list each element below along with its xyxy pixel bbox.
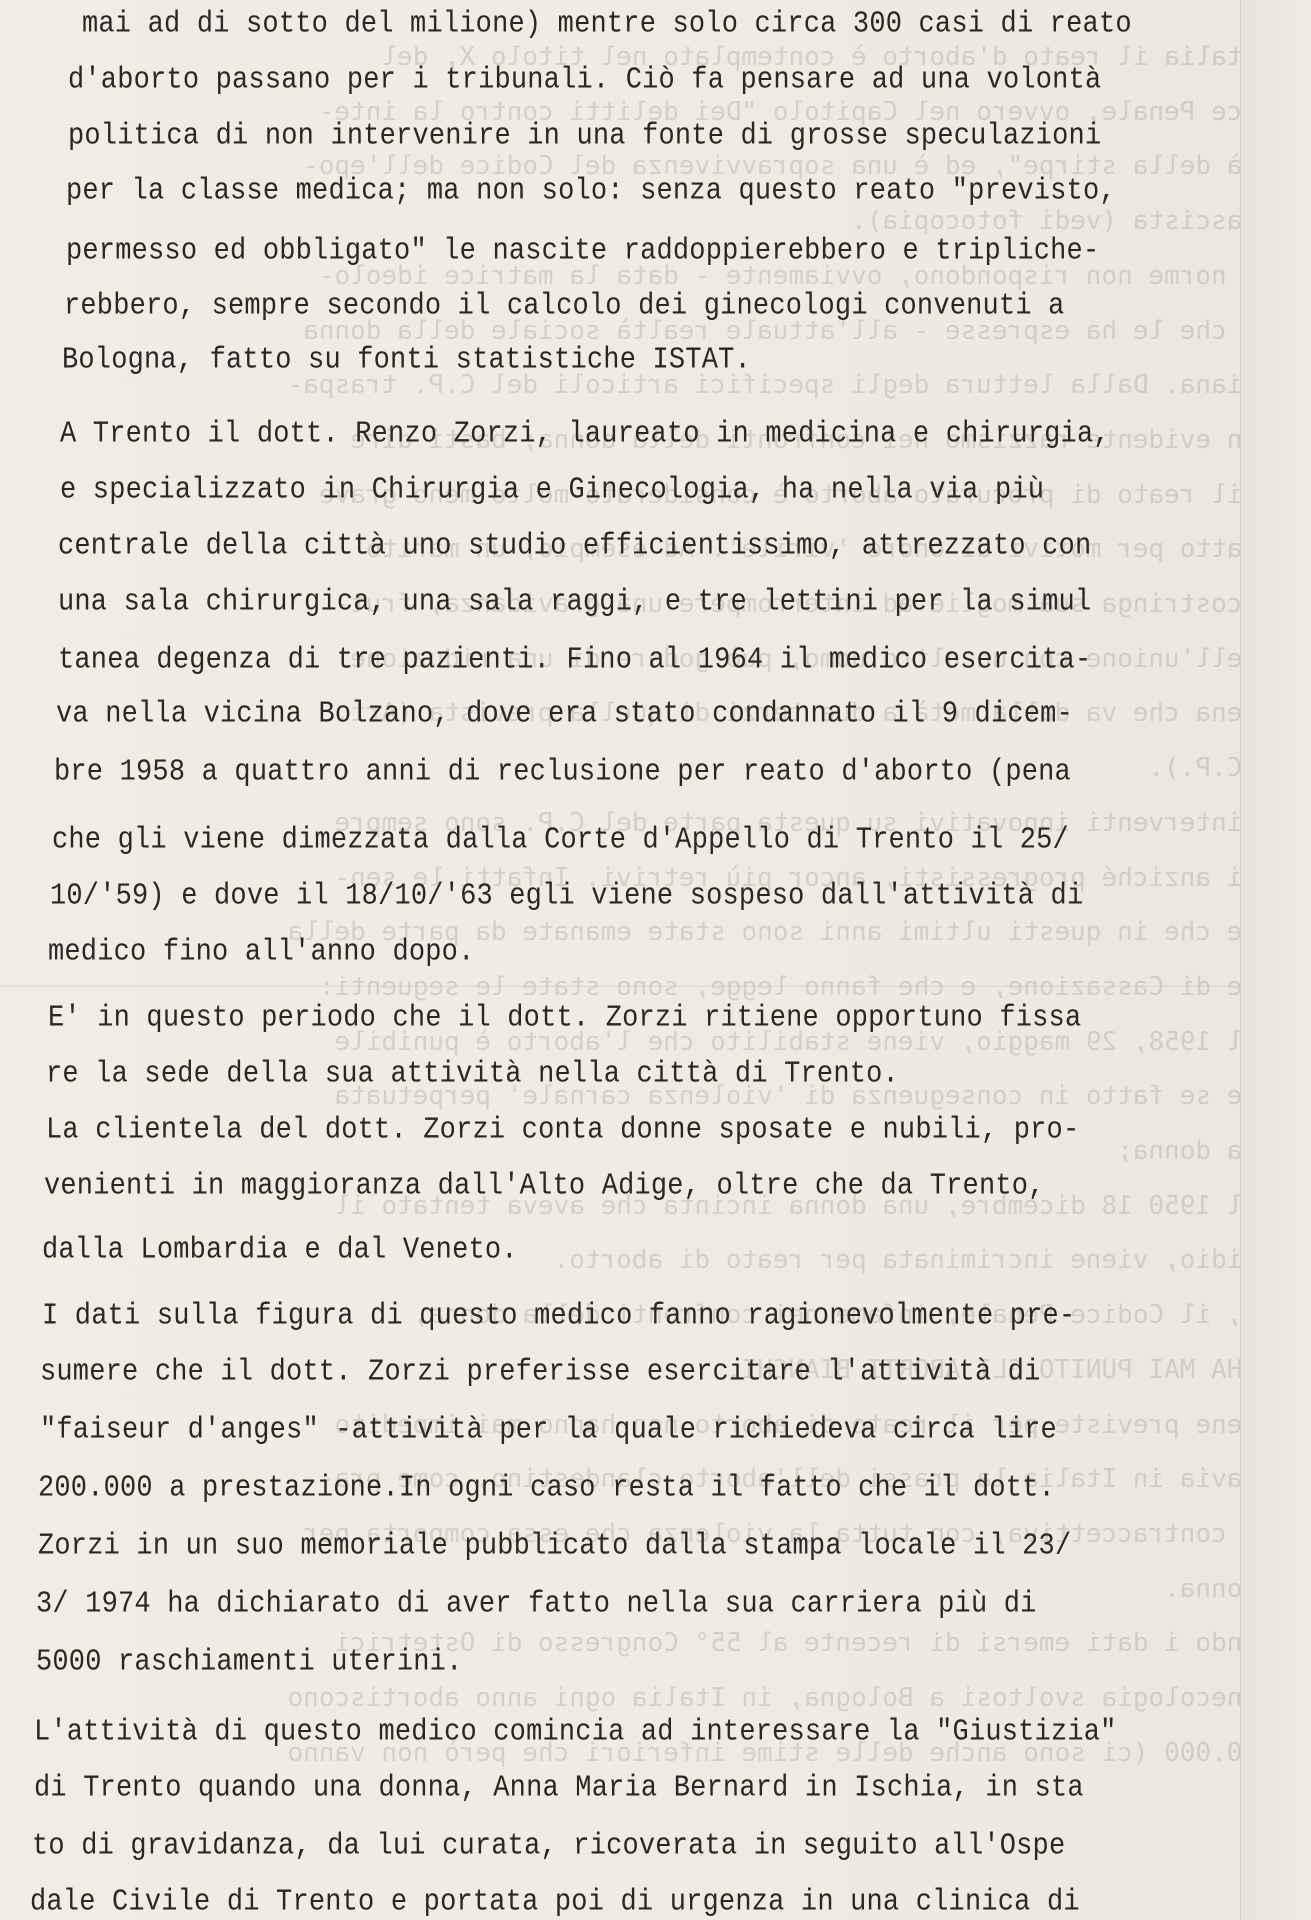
- text-line: venienti in maggioranza dall'Alto Adige,…: [44, 1170, 1045, 1204]
- text-line: dale Civile di Trento e portata poi di u…: [30, 1886, 1080, 1920]
- text-line: per la classe medica; ma non solo: senza…: [66, 175, 1116, 209]
- text-line: 3/ 1974 ha dichiarato di aver fatto nell…: [36, 1588, 1037, 1622]
- text-line: politica di non intervenire in una fonte…: [68, 120, 1101, 154]
- text-line: A Trento il dott. Renzo Zorzi, laureato …: [60, 418, 1110, 452]
- text-line: re la sede della sua attività nella citt…: [46, 1058, 899, 1092]
- text-line: di Trento quando una donna, Anna Maria B…: [34, 1772, 1084, 1806]
- text-line: medico fino all'anno dopo.: [48, 936, 474, 970]
- text-line: permesso ed obbligato" le nascite raddop…: [66, 235, 1099, 269]
- text-line: Zorzi in un suo memoriale pubblicato dal…: [38, 1530, 1071, 1564]
- text-line: d'aborto passano per i tribunali. Ciò fa…: [68, 64, 1101, 98]
- text-line: 10/'59) e dove il 18/10/'63 egli viene s…: [50, 880, 1083, 914]
- text-line: e specializzato in Chirurgia e Ginecolog…: [60, 474, 1044, 508]
- text-line: rebbero, sempre secondo il calcolo dei g…: [64, 290, 1065, 324]
- text-line: una sala chirurgica, una sala raggi, e t…: [58, 586, 1091, 620]
- text-line: centrale della città uno studio efficien…: [58, 530, 1091, 564]
- text-line: 5000 raschiamenti uterini.: [36, 1646, 462, 1680]
- text-line: mai ad di sotto del milione) mentre solo…: [82, 8, 1132, 42]
- text-line: "faiseur d'anges" -attività per la quale…: [40, 1414, 1057, 1448]
- text-line: dalla Lombardia e dal Veneto.: [42, 1234, 518, 1268]
- text-line: I dati sulla figura di questo medico fan…: [42, 1300, 1075, 1334]
- text-line: tanea degenza di tre pazienti. Fino al 1…: [58, 644, 1091, 678]
- text-line: L'attività di questo medico comincia ad …: [34, 1716, 1117, 1750]
- text-line: Bologna, fatto su fonti statistiche ISTA…: [62, 344, 751, 378]
- text-line: che gli viene dimezzata dalla Corte d'Ap…: [52, 824, 1069, 858]
- text-line: 200.000 a prestazione.In ogni caso resta…: [38, 1472, 1055, 1506]
- paper-fold-line: [0, 985, 1311, 988]
- document-page: In Italia il reato d'aborto è contemplat…: [0, 0, 1311, 1920]
- text-line: to di gravidanza, da lui curata, ricover…: [32, 1830, 1065, 1864]
- text-line: va nella vicina Bolzano, dove era stato …: [56, 698, 1073, 732]
- text-line: bre 1958 a quattro anni di reclusione pe…: [54, 756, 1071, 790]
- page-edge: [1240, 0, 1311, 1920]
- text-line: E' in questo periodo che il dott. Zorzi …: [48, 1002, 1081, 1036]
- text-line: sumere che il dott. Zorzi preferisse ese…: [40, 1356, 1041, 1390]
- text-line: La clientela del dott. Zorzi conta donne…: [46, 1114, 1079, 1148]
